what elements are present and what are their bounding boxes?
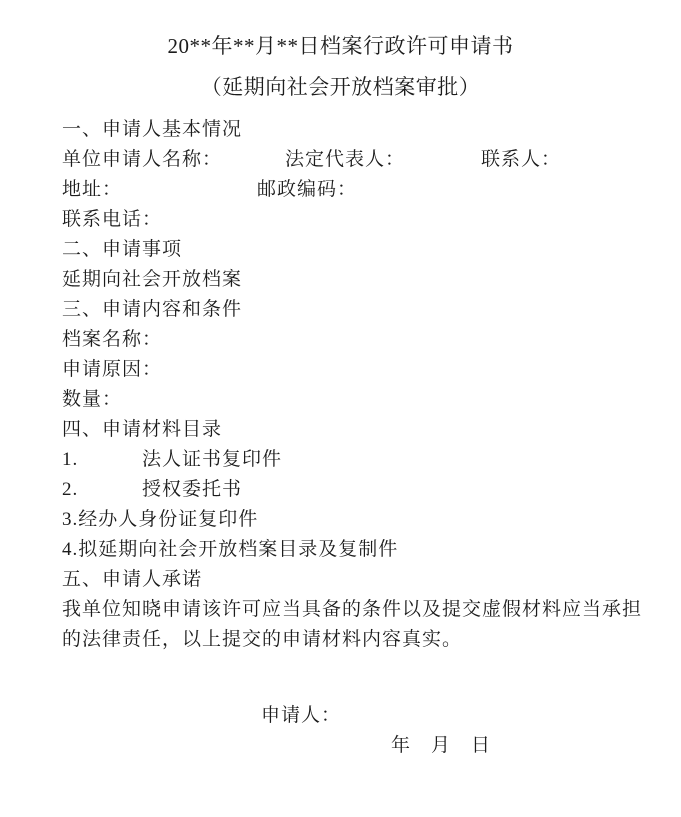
applicant-info-row-2: 地址： 邮政编码： bbox=[62, 175, 631, 205]
material-item-3: 3.经办人身份证复印件 bbox=[62, 505, 631, 535]
application-reason-label: 申请原因： bbox=[62, 355, 631, 385]
signature-date-row: 年 月 日 bbox=[0, 731, 681, 761]
archive-name-label: 档案名称： bbox=[62, 325, 631, 355]
pledge-line-2: 的法律责任，以上提交的申请材料内容真实。 bbox=[62, 625, 631, 655]
document-body: 一、申请人基本情况 单位申请人名称： 法定代表人： 联系人： 地址： 邮政编码：… bbox=[0, 115, 681, 655]
contact-person-label: 联系人： bbox=[481, 145, 561, 175]
unit-applicant-name-label: 单位申请人名称： bbox=[62, 145, 222, 175]
address-label: 地址： bbox=[62, 175, 122, 205]
material-item-1: 1. 法人证书复印件 bbox=[62, 445, 631, 475]
quantity-label: 数量： bbox=[62, 385, 631, 415]
material-item-4: 4.拟延期向社会开放档案目录及复制件 bbox=[62, 535, 631, 565]
material-item-4-text: 拟延期向社会开放档案目录及复制件 bbox=[78, 539, 398, 560]
date-label: 年 月 日 bbox=[391, 731, 491, 761]
material-item-2-number: 2. bbox=[62, 479, 78, 500]
legal-representative-label: 法定代表人： bbox=[285, 145, 405, 175]
section3-heading: 三、申请内容和条件 bbox=[62, 295, 631, 325]
section2-heading: 二、申请事项 bbox=[62, 235, 631, 265]
section1-heading: 一、申请人基本情况 bbox=[62, 115, 631, 145]
material-item-2: 2. 授权委托书 bbox=[62, 475, 631, 505]
application-document-page: 20**年**月**日档案行政许可申请书 （延期向社会开放档案审批） 一、申请人… bbox=[0, 0, 681, 817]
material-item-1-text: 法人证书复印件 bbox=[142, 445, 282, 475]
material-item-4-number: 4. bbox=[62, 539, 78, 560]
phone-label: 联系电话： bbox=[62, 205, 631, 235]
applicant-signature-row: 申请人： bbox=[0, 701, 681, 731]
applicant-signature-label: 申请人： bbox=[261, 701, 341, 731]
material-item-3-number: 3. bbox=[62, 509, 78, 530]
document-title: 20**年**月**日档案行政许可申请书 bbox=[0, 0, 681, 59]
material-item-3-text: 经办人身份证复印件 bbox=[78, 509, 258, 530]
section5-heading: 五、申请人承诺 bbox=[62, 565, 631, 595]
postal-code-label: 邮政编码： bbox=[257, 175, 357, 205]
material-item-1-number: 1. bbox=[62, 449, 78, 470]
pledge-line-1: 我单位知晓申请该许可应当具备的条件以及提交虚假材料应当承担 bbox=[62, 595, 631, 625]
applicant-info-row-1: 单位申请人名称： 法定代表人： 联系人： bbox=[62, 145, 631, 175]
material-item-2-text: 授权委托书 bbox=[142, 475, 242, 505]
document-subtitle: （延期向社会开放档案审批） bbox=[0, 74, 681, 100]
section2-item: 延期向社会开放档案 bbox=[62, 265, 631, 295]
section4-heading: 四、申请材料目录 bbox=[62, 415, 631, 445]
